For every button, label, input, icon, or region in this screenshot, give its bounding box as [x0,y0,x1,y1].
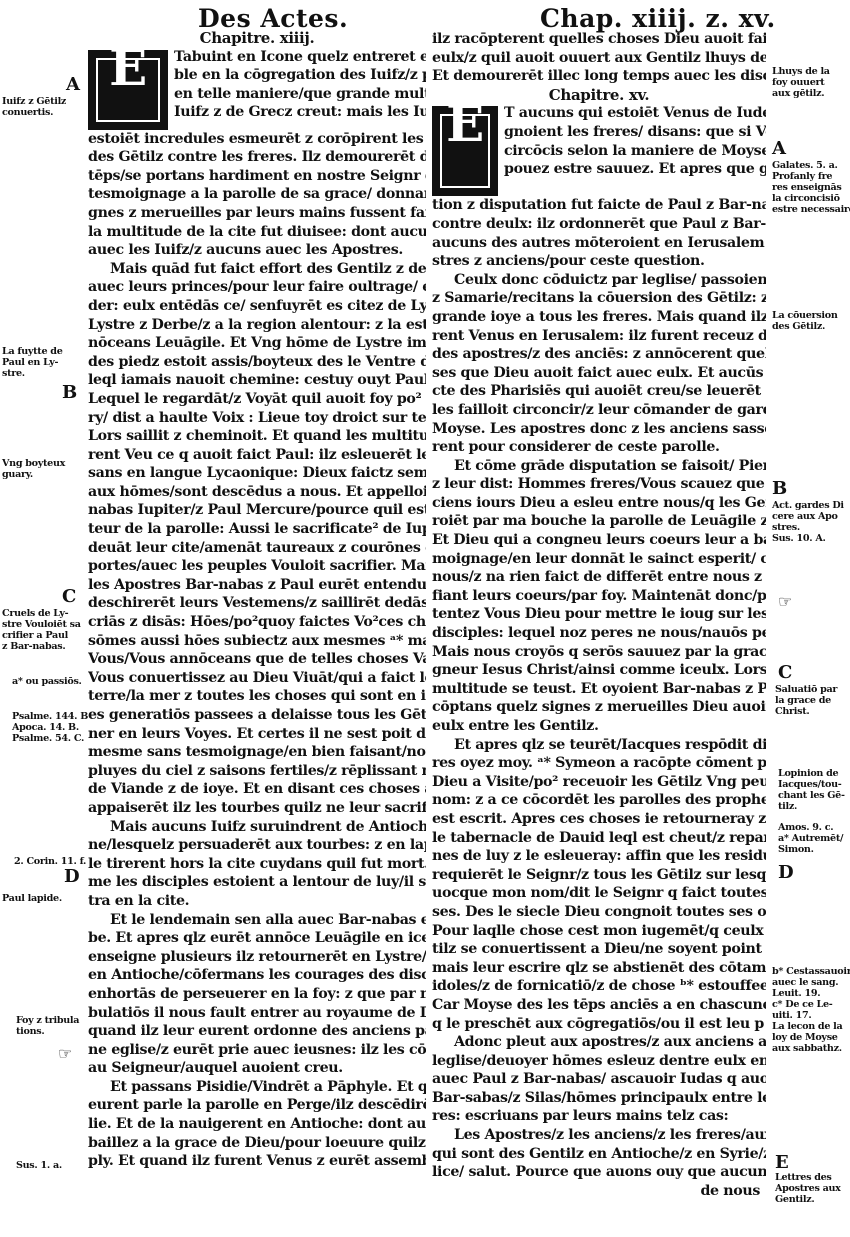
text-line: Mais aucuns Iuifz suruindrent de Antioch… [88,818,426,837]
text-line: teur de la parolle: Aussi le sacrificate… [88,520,426,539]
margin-note: Iuifz z Gētilz conuertis. [2,96,66,118]
text-line: Et demourerēt illec long temps auec les … [432,67,766,86]
text-line: der: eulx entēdās ce/ senfuyrēt es citez… [88,297,426,316]
text-line: fiant leurs coeurs/par foy. Maintenāt do… [432,587,766,606]
section-marker-d: D [64,866,80,887]
text-line: les failloit circoncir/z leur cōmander d… [432,401,766,420]
margin-note: Lettres des Apostres aux Gentilz. [775,1172,841,1205]
left-text-column: Chapitre. xiiij. E Tabuint en Icone quel… [88,30,426,1171]
margin-note: b* Cestassauoir auec le sang. Leuit. 19.… [772,966,850,1054]
text-line: circōcis selon la maniere de Moyse/Vous … [504,142,766,161]
text-line: ilz racōpterent quelles choses Dieu auoi… [432,30,766,49]
text-line: pluyes du ciel z saisons fertiles/z rēpl… [88,762,426,781]
text-line: mesme sans tesmoignage/en bien faisant/n… [88,743,426,762]
text-line: Adonc pleut aux apostres/z aux anciens a… [432,1033,766,1052]
text-line: Bar-sabas/z Silas/hōmes principaulx entr… [432,1089,766,1108]
text-line: Ceulx donc cōduictz par leglise/ passoie… [432,271,766,290]
text-line: est escrit. Apres ces choses ie retourne… [432,810,766,829]
text-line: enhortās de perseuerer en la foy: z que … [88,985,426,1004]
text-line: Lequel le regardāt/z Voyāt quil auoit fo… [88,390,426,409]
text-line: bulatiōs il nous fault entrer au royaume… [88,1004,426,1023]
text-line: z leur dist: Hommes freres/Vous scauez q… [432,475,766,494]
text-line: sōmes aussi hōes subiectz aux mesmes ᵃ* … [88,632,426,651]
text-line: le tirerent hors la cite cuydans quil fu… [88,855,426,874]
text-line: pouez estre sauuez. Et apres que grāde s… [504,160,766,179]
text-line: eurent parle la parolle en Perge/ilz des… [88,1096,426,1115]
text-line: tentez Vous Dieu pour mettre le ioug sur… [432,605,766,624]
text-line: Vous/Vous annōceans que de telles choses… [88,650,426,669]
text-line: tion z disputation fut faicte de Paul z … [432,196,766,215]
text-line: requierēt le Seignr/z tous les Gētilz su… [432,866,766,885]
text-line: terre/la mer z toutes les choses qui son… [88,687,426,706]
decorated-initial: E [432,106,498,196]
text-line: contre deulx: ilz ordonnerēt que Paul z … [432,215,766,234]
text-line: Et le lendemain sen alla auec Bar-nabas … [88,911,426,930]
margin-note: Paul lapide. [2,893,62,904]
margin-note: Cruels de Ly- stre Vouloiēt sa crifier a… [2,608,81,652]
text-line: mais leur escrire qlz se abstienēt des c… [432,959,766,978]
text-line: de Viande z de ioye. Et en disant ces ch… [88,780,426,799]
text-line: nōceans Leuāgile. Et Vng hōme de Lystre … [88,334,426,353]
text-line: aux hōmes/sont descēdus a nous. Et appel… [88,483,426,502]
text-line: nom: z a ce cōcordēt les parolles des pr… [432,791,766,810]
text-line: des Gētilz contre les freres. Ilz demour… [88,148,426,167]
right-body-lines: tion z disputation fut faicte de Paul z … [432,196,766,1181]
text-line: Et Dieu qui a congneu leurs coeurs leur … [432,531,766,550]
text-line: ne/lesquelz persuaderēt aux tourbes: z e… [88,836,426,855]
section-marker-e: E [775,1152,789,1173]
margin-note: Lopinion de Iacques/tou- chant les Gē- t… [778,768,845,812]
text-line: lice/ salut. Pource que auons ouy que au… [432,1163,766,1182]
text-line: le tabernacle de Dauid leql est cheut/z … [432,829,766,848]
text-line: tesmoignage a la parolle de sa grace/ do… [88,185,426,204]
text-line: leql iamais nauoit chemine: cestuy ouyt … [88,371,426,390]
right-text-column: ilz racōpterent quelles choses Dieu auoi… [432,2,766,1200]
text-line: Lors saillit z cheminoit. Et quand les m… [88,427,426,446]
text-line: roiēt par ma bouche la parolle de Leuāgi… [432,512,766,531]
text-line: les Apostres Bar-nabas z Paul eurēt ente… [88,576,426,595]
text-line: nabas Iupiter/z Paul Mercure/pource quil… [88,501,426,520]
text-line: Et apres qlz se teurēt/Iacques respōdit … [432,736,766,755]
text-line: Dieu a Visite/po² receuoir les Gētilz Vn… [432,773,766,792]
text-line: Moyse. Les apostres donc z les anciens s… [432,420,766,439]
text-line: ner en leurs Voyes. Et certes il ne sest… [88,725,426,744]
text-line: criās z disās: Hōes/po²quoy faictes Vo²c… [88,613,426,632]
dropcap-block: E T aucuns qui estoiēt Venus de Iudee en… [432,104,766,178]
margin-note: Galates. 5. a. Profanly fre res enseignā… [772,160,850,215]
text-line: enseigne plusieurs ilz retournerēt en Ly… [88,948,426,967]
dropcap-block: E Tabuint en Icone quelz entreret ensem … [88,48,426,122]
section-marker-c: C [778,662,792,683]
margin-note: Act. gardes Di cere aux Apo stres. Sus. … [772,500,844,544]
text-line: q le preschēt aux cōgregatiōs/ou il est … [432,1015,766,1034]
text-line: la multitude de la cite fut diuisee: don… [88,223,426,242]
text-line: be. Et apres qlz eurēt annōce Leuāgile e… [88,929,426,948]
text-line: cōptans quelz signes z merueilles Dieu a… [432,698,766,717]
text-line: z Samarie/recitans la cōuersion des Gēti… [432,289,766,308]
text-line: Pour laqlle chose cest mon iugemēt/q ceu… [432,922,766,941]
text-line: ses. Des le siecle Dieu congnoit toutes … [432,903,766,922]
section-marker-d: D [778,862,794,883]
section-marker-b: B [772,478,787,499]
text-line: nous/z na rien faict de differēt entre n… [432,568,766,587]
text-line: res: escriuans par leurs mains telz cas: [432,1107,766,1126]
pointing-hand-icon: ☞ [778,592,792,611]
text-line: Vous conuertissez au Dieu Viuāt/qui a fa… [88,669,426,688]
margin-note: La fuytte de Paul en Ly- stre. [2,346,63,379]
text-line: des piedz estoit assis/boyteux des le Ve… [88,353,426,372]
text-line: deuāt leur cite/amenāt taureaux z courōn… [88,539,426,558]
text-line: qui sont des Gentilz en Antioche/z en Sy… [432,1145,766,1164]
text-line: deschirerēt leurs Vestemens/z saillirēt … [88,594,426,613]
text-line: ciens iours Dieu a esleu entre nous/q le… [432,494,766,513]
text-line: tilz se conuertissent a Dieu/ne soyent p… [432,940,766,959]
text-line: disciples: lequel noz peres ne nous/nauō… [432,624,766,643]
text-line: eulx/z quil auoit ouuert aux Gentilz lhu… [432,49,766,68]
margin-note: Vng boyteux guary. [2,458,65,480]
text-line: des apostres/z des anciēs: z annōcerent … [432,345,766,364]
catchword: de nous [432,1182,766,1201]
section-marker-a: A [66,74,80,95]
text-line: ses que Dieu auoit faict auec eulx. Et a… [432,364,766,383]
section-marker-b: B [62,382,77,403]
text-line: ply. Et quand ilz furent Venus z eurēt a… [88,1152,426,1171]
text-line: appaiserēt ilz les tourbes quilz ne leur… [88,799,426,818]
text-line: grande ioye a tous les freres. Mais quan… [432,308,766,327]
text-line: en telle maniere/que grande multitude de [174,85,426,104]
text-line: es generatiōs passees a delaisse tous le… [88,706,426,725]
initial-letter: E [435,115,495,134]
text-line: moignage/en leur donnāt le sainct esperi… [432,550,766,569]
text-line: idoles/z de fornicatiō/z de chose ᵇ* est… [432,977,766,996]
pointing-hand-icon: ☞ [58,1044,72,1063]
text-line: portes/auec les peuples Vouloit sacrifie… [88,557,426,576]
section-marker-a: A [772,138,786,159]
text-line: gnoient les freres/ disans: que si Vous … [504,123,766,142]
text-line: cte des Pharisiēs qui auoiēt creu/se leu… [432,382,766,401]
text-line: Car Moyse des les tēps anciēs a en chasc… [432,996,766,1015]
text-line: Tabuint en Icone quelz entreret ensem [174,48,426,67]
text-line: estoiēt incredules esmeurēt z corōpirent… [88,130,426,149]
margin-note: Sus. 1. a. [16,1160,62,1171]
book-page: Des Actes. Chap. xiiij. z. xv. Chapitre.… [0,0,850,1237]
left-body-lines: estoiēt incredules esmeurēt z corōpirent… [88,130,426,1171]
text-line: au Seigneur/auquel auoient creu. [88,1059,426,1078]
text-line: baillez a la grace de Dieu/pour loeuure … [88,1134,426,1153]
text-line: Les Apostres/z les anciens/z les freres/… [432,1126,766,1145]
text-line: aucuns des autres mōteroient en Ierusale… [432,234,766,253]
text-line: Lystre z Derbe/z a la region alentour: z… [88,316,426,335]
text-line: rent Venus en Ierusalem: ilz furent rece… [432,327,766,346]
text-line: auec les Iuifz/z aucuns auec les Apostre… [88,241,426,260]
text-line: Et passans Pisidie/Vindrēt a Pāphyle. Et… [88,1078,426,1097]
text-line: Iuifz z de Grecz creut: mais les Iuifz q… [174,103,426,122]
section-marker-c: C [62,586,76,607]
initial-letter: E [91,59,165,78]
text-line: res oyez moy. ᵃ* Symeon a racōpte cōment… [432,754,766,773]
text-line: Et cōme grāde disputation se faisoit/ Pi… [432,457,766,476]
text-line: T aucuns qui estoiēt Venus de Iudee ense… [504,104,766,123]
text-line: ne eglise/z eurēt prie auec ieusnes: ilz… [88,1041,426,1060]
text-line: gneur Iesus Christ/ainsi comme iceulx. L… [432,661,766,680]
text-line: nes de luy z le esleueray: affin que les… [432,847,766,866]
text-line: eulx entre les Gentilz. [432,717,766,736]
margin-note: Foy z tribula tions. [16,1015,79,1037]
margin-note: Amos. 9. c. a* Autremēt/ Simon. [778,822,843,855]
text-line: uocque mon nom/dit le Seignr q faict tou… [432,884,766,903]
margin-note: Lhuys de la foy ouuert aux gētilz. [772,66,830,99]
text-line: ble en la cōgregation des Iuifz/z parler… [174,66,426,85]
text-line: rent pour considerer de ceste parolle. [432,438,766,457]
text-line: auec Paul z Bar-nabas/ ascauoir Iudas q … [432,1070,766,1089]
text-line: leglise/deuoyer hōmes esleuz dentre eulx… [432,1052,766,1071]
text-line: Mais nous croyōs q serōs sauuez par la g… [432,643,766,662]
decorated-initial: E [88,50,168,130]
text-line: rent Veu ce q auoit faict Paul: ilz esle… [88,446,426,465]
text-line: lie. Et de la nauigerent en Antioche: do… [88,1115,426,1134]
text-line: quand ilz leur eurent ordonne des ancien… [88,1022,426,1041]
margin-note: a* ou passiōs. [12,676,82,687]
margin-note: La cōuersion des Gētilz. [772,310,838,332]
text-line: tra en la cite. [88,892,426,911]
margin-note: Saluatiō par la grace de Christ. [775,684,837,717]
text-line: me les disciples estoient a lentour de l… [88,873,426,892]
text-line: en Antioche/cōfermans les courages des d… [88,966,426,985]
text-line: auec leurs princes/pour leur faire oultr… [88,278,426,297]
text-line: tēps/se portans hardiment en nostre Seig… [88,167,426,186]
margin-note: Psalme. 144. B Apoca. 14. B. Psalme. 54.… [12,711,88,744]
text-line: ry/ dist a haulte Voix : Lieue toy droic… [88,409,426,428]
text-line: stres z anciens/pour ceste question. [432,252,766,271]
text-line: sans en langue Lycaonique: Dieux faictz … [88,464,426,483]
text-line: Mais quād fut faict effort des Gentilz z… [88,260,426,279]
text-line: multitude se teust. Et oyoient Bar-nabas… [432,680,766,699]
text-line: gnes z merueilles par leurs mains fussen… [88,204,426,223]
